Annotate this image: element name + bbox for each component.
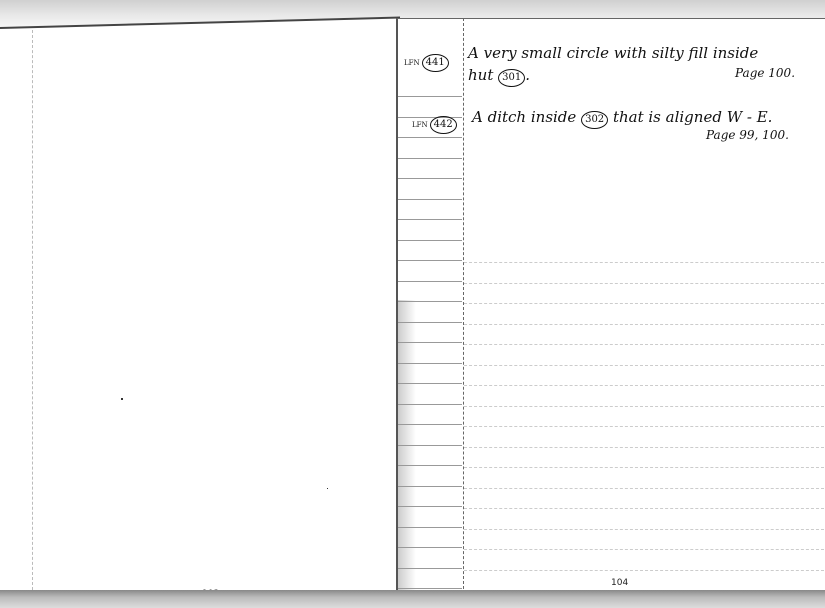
margin-rule — [398, 547, 462, 548]
margin-rule — [398, 322, 462, 323]
page-rule — [464, 365, 824, 366]
entry-441-period: . — [525, 66, 530, 84]
margin-rule — [398, 486, 462, 487]
page-rule — [464, 447, 824, 448]
margin-rule — [398, 240, 462, 241]
margin-rule — [398, 445, 462, 446]
scan-bottom-shadow — [0, 590, 825, 608]
circled-ref-302: 302 — [581, 111, 608, 129]
margin-rule — [398, 342, 462, 343]
margin-rule — [398, 301, 462, 302]
margin-rule — [398, 137, 462, 138]
page-rule — [464, 549, 824, 550]
margin-rule — [398, 588, 462, 589]
page-rule — [464, 508, 824, 509]
page-rule — [464, 529, 824, 530]
margin-rule — [398, 424, 462, 425]
circled-id-441: 441 — [422, 54, 449, 72]
page-rule — [464, 570, 824, 571]
margin-rule — [398, 281, 462, 282]
page-rule — [464, 406, 824, 407]
margin-rule — [398, 383, 462, 384]
page-rule — [464, 488, 824, 489]
margin-rule — [398, 404, 462, 405]
page-rule — [464, 262, 824, 263]
page-rule — [464, 303, 824, 304]
ink-speck — [327, 488, 328, 489]
entry-442-text-b: that is aligned W - E. — [613, 108, 772, 126]
page-rule — [464, 283, 824, 284]
page-rule — [464, 324, 824, 325]
ink-speck — [121, 398, 123, 400]
entry-441-line1: A very small circle with silty fill insi… — [468, 44, 758, 62]
lfn-prefix: LFN — [404, 59, 420, 67]
margin-rule — [398, 506, 462, 507]
entry-441-page-ref: Page 100. — [735, 66, 795, 80]
right-page-number: 104 — [611, 578, 628, 588]
page-rule — [464, 385, 824, 386]
entry-442-page-ref: Page 99, 100. — [706, 128, 789, 142]
entry-442-line1: A ditch inside 302 that is aligned W - E… — [472, 108, 772, 129]
entry-442-label: LFN442 — [412, 112, 457, 134]
left-notebook-page — [0, 17, 400, 599]
page-rule — [464, 467, 824, 468]
circled-ref-301: 301 — [498, 69, 525, 87]
margin-rule — [398, 260, 462, 261]
page-rule — [464, 344, 824, 345]
margin-rule — [398, 527, 462, 528]
entry-441-text: hut — [468, 66, 493, 84]
margin-rule — [398, 219, 462, 220]
circled-id-442: 442 — [430, 116, 457, 134]
margin-rule — [398, 465, 462, 466]
margin-rule — [398, 199, 462, 200]
entry-441-label: LFN441 — [404, 50, 449, 72]
page-rule — [464, 426, 824, 427]
left-page-margin-line — [32, 30, 33, 590]
entry-441-line2: hut 301. — [468, 66, 530, 87]
margin-rule — [398, 96, 462, 97]
entry-442-text-a: A ditch inside — [472, 108, 576, 126]
lfn-prefix: LFN — [412, 121, 428, 129]
margin-rule — [398, 363, 462, 364]
margin-rule — [398, 158, 462, 159]
margin-rule — [398, 178, 462, 179]
margin-rule — [398, 568, 462, 569]
